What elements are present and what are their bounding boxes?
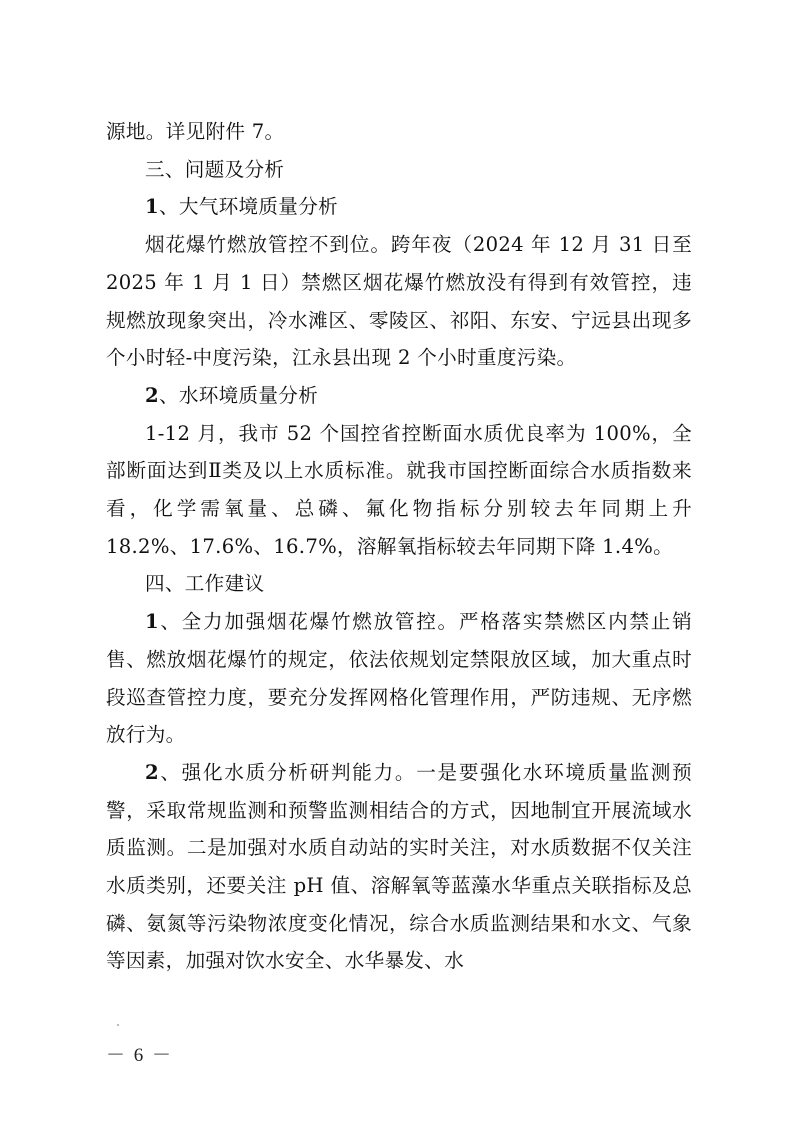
subheading-water-quality-analysis: 2、水环境质量分析 — [106, 377, 692, 415]
subheading-number: 1 — [145, 195, 159, 218]
paragraph-water-quality: 1-12 月，我市 52 个国控省控断面水质优良率为 100%，全部断面达到Ⅱ类… — [106, 415, 692, 566]
paragraph-continuation: 源地。详见附件 7。 — [106, 113, 692, 151]
document-page: 源地。详见附件 7。 三、问题及分析 1、大气环境质量分析 烟花爆竹燃放管控不到… — [0, 0, 793, 1122]
subheading-text: 、水环境质量分析 — [159, 384, 318, 407]
suggestion-number: 2 — [145, 761, 159, 784]
paragraph-suggestion-fireworks: 1、全力加强烟花爆竹燃放管控。严格落实禁燃区内禁止销售、燃放烟花爆竹的规定，依法… — [106, 603, 692, 754]
paragraph-suggestion-water-analysis: 2、强化水质分析研判能力。一是要强化水环境质量监测预警，采取常规监测和预警监测相… — [106, 754, 692, 980]
section-heading-work-suggestions: 四、工作建议 — [106, 565, 692, 603]
subheading-text: 、大气环境质量分析 — [159, 195, 338, 218]
scan-speck — [117, 1024, 119, 1026]
paragraph-fireworks-control: 烟花爆竹燃放管控不到位。跨年夜（2024 年 12 月 31 日至 2025 年… — [106, 226, 692, 377]
subheading-number: 2 — [145, 384, 159, 407]
suggestion-lead: 、强化水质分析研判能力。 — [159, 761, 416, 784]
suggestion-body: 一是要强化水环境质量监测预警，采取常规监测和预警监测相结合的方式，因地制宜开展流… — [106, 761, 692, 973]
document-body: 源地。详见附件 7。 三、问题及分析 1、大气环境质量分析 烟花爆竹燃放管控不到… — [106, 113, 692, 980]
section-heading-problems-analysis: 三、问题及分析 — [106, 151, 692, 189]
suggestion-number: 1 — [145, 610, 159, 633]
subheading-air-quality-analysis: 1、大气环境质量分析 — [106, 188, 692, 226]
page-number: － 6 － — [106, 1040, 173, 1067]
suggestion-lead: 、全力加强烟花爆竹燃放管控。 — [159, 610, 459, 633]
